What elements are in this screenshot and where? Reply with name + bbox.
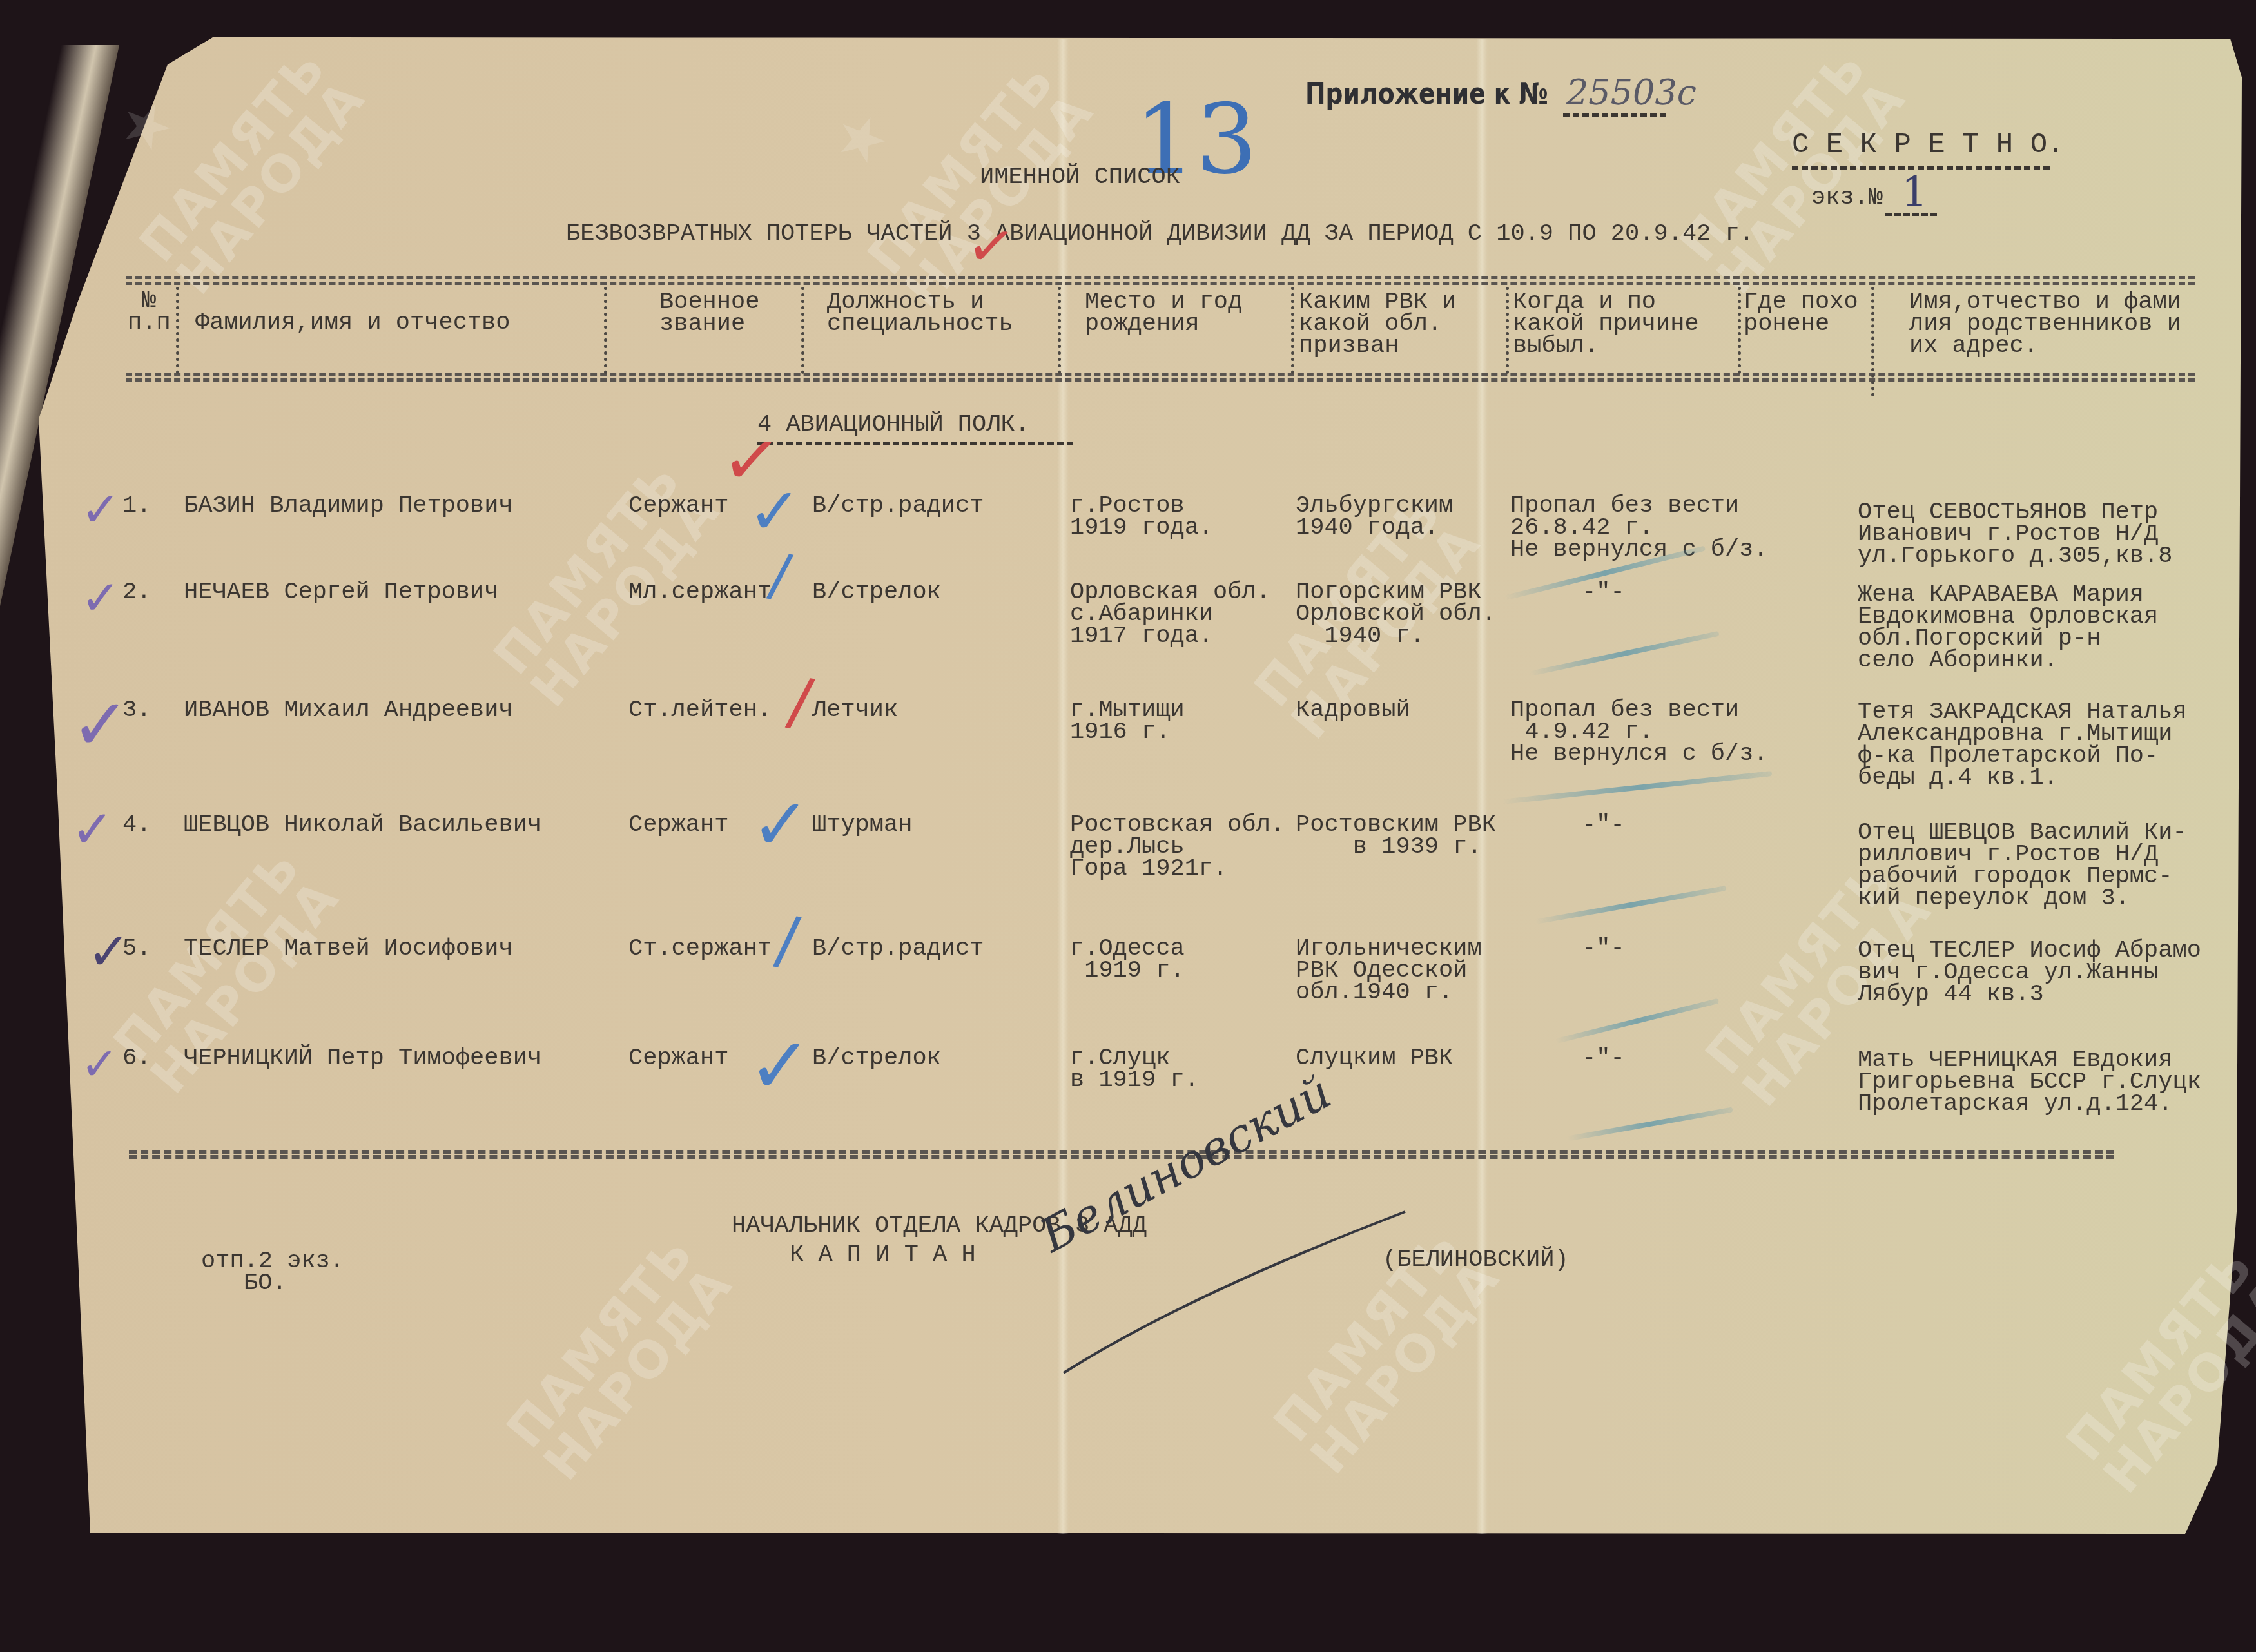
paper-fold-line [1476, 39, 1488, 1534]
military-rank: Сержант [628, 814, 728, 836]
draft-office: Игольническим РВК Одесской обл.1940 г. [1296, 938, 1482, 1004]
secrecy-stamp: С Е К Р Е Т Н О. [1792, 134, 2064, 156]
violet-check-mark-icon: ✓ [81, 1038, 119, 1091]
row-number: 3. [122, 699, 151, 721]
violet-check-mark-icon: ✓ [71, 683, 130, 766]
draft-office: Кадровый [1296, 699, 1410, 721]
loss-reason: Пропал без вести 26.8.42 г. Не вернулся … [1510, 495, 1768, 561]
relatives-address: Мать ЧЕРНИЦКАЯ Евдокия Григорьевна БССР … [1858, 1049, 2201, 1115]
column-separator [604, 287, 607, 374]
person-name: ШЕВЦОВ Николай Васильевич [184, 814, 541, 836]
header-position: Должность и специальность [827, 291, 1013, 335]
military-rank: Мл.сержант [628, 581, 772, 603]
copy-number-handwritten: 1 [1901, 169, 1928, 217]
row-number: 6. [122, 1047, 151, 1069]
relatives-address: Тетя ЗАКРАДСКАЯ Наталья Александровна г.… [1858, 701, 2187, 789]
military-rank: Сержант [628, 1047, 728, 1069]
signer-rank: К А П И Т А Н [790, 1244, 976, 1266]
header-burial: Где похо ронене [1744, 291, 1858, 335]
person-name: ЧЕРНИЦКИЙ Петр Тимофеевич [184, 1047, 541, 1069]
header-draft: Каким РВК и какой обл. призван [1299, 291, 1456, 357]
appendix-number-underline [1563, 113, 1666, 117]
red-check-mark-icon: ✓ [962, 209, 1020, 283]
military-rank: Сержант [628, 495, 728, 517]
military-rank: Ст.сержант [628, 938, 772, 960]
column-separator [1058, 287, 1061, 374]
birth-place-year: г.Мытищи 1916 г. [1070, 699, 1185, 743]
person-name: НЕЧАЕВ Сергей Петрович [184, 581, 498, 603]
column-separator [1506, 287, 1509, 374]
relatives-address: Отец ТЕСЛЕР Иосиф Абрамо вич г.Одесса ул… [1858, 940, 2201, 1006]
appendix-label: Приложение к № [1305, 83, 1548, 104]
copies-note: отп.2 экз. БО. [201, 1250, 344, 1294]
table-bottom-rule [129, 1150, 2114, 1159]
draft-office: Погорским РВК Орловской обл. 1940 г. [1296, 581, 1496, 647]
header-relatives: Имя,отчество и фами лия родственников и … [1909, 291, 2181, 357]
birth-place-year: г.Слуцк в 1919 г. [1070, 1047, 1199, 1091]
appendix-number-handwritten: 25503с [1566, 72, 1697, 113]
birth-place-year: Орловская обл. с.Абаринки 1917 года. [1070, 581, 1270, 647]
header-loss: Когда и по какой причине выбыл. [1513, 291, 1699, 357]
violet-check-mark-icon: ✓ [71, 799, 114, 859]
loss-reason: -"- [1510, 581, 1625, 603]
section-title-underline [757, 442, 1073, 445]
violet-check-mark-icon: ✓ [81, 570, 121, 626]
blue-check-mark-icon: ✓ [751, 783, 810, 866]
position: Штурман [812, 814, 912, 836]
column-separator [1738, 287, 1741, 374]
copy-number-underline [1885, 213, 1937, 216]
table-top-rule [126, 276, 2195, 285]
relatives-address: Жена КАРАВАЕВА Мария Евдокимовна Орловск… [1858, 584, 2158, 672]
person-name: ИВАНОВ Михаил Андреевич [184, 699, 513, 721]
loss-reason: -"- [1510, 938, 1625, 960]
military-rank: Ст.лейтен. [628, 699, 772, 721]
header-birth: Место и год рождения [1085, 291, 1242, 335]
relatives-address: Отец ШЕВЦОВ Василий Ки- риллович г.Росто… [1858, 822, 2187, 909]
blue-check-mark-icon: ✓ [748, 474, 802, 549]
row-number: 1. [122, 495, 151, 517]
relatives-address: Отец СЕВОСТЬЯНОВ Петр Иванович г.Ростов … [1858, 501, 2172, 567]
position: В/стр.радист [812, 495, 984, 517]
position: Летчик [812, 699, 898, 721]
header-name: Фамилия,имя и отчество [195, 312, 510, 334]
position: В/стр.радист [812, 938, 984, 960]
loss-reason: -"- [1510, 1047, 1625, 1069]
document-subtitle: БЕЗВОЗВРАТНЫХ ПОТЕРЬ ЧАСТЕЙ 3 АВИАЦИОННО… [566, 223, 1754, 245]
column-separator [1291, 287, 1294, 374]
birth-place-year: г.Одесса 1919 г. [1070, 938, 1185, 982]
signature-flourish [1057, 1199, 1418, 1379]
loss-reason: Пропал без вести 4.9.42 г. Не вернулся с… [1510, 699, 1768, 765]
row-number: 5. [122, 938, 151, 960]
loss-reason: -"- [1510, 814, 1625, 836]
copy-label: экз.№ [1811, 187, 1883, 209]
birth-place-year: г.Ростов 1919 года. [1070, 495, 1213, 539]
violet-check-mark-icon: ✓ [81, 482, 121, 538]
blue-check-mark-icon: ✓ [748, 1022, 813, 1111]
person-name: ТЕСЛЕР Матвей Иосифович [184, 938, 513, 960]
column-separator [176, 287, 179, 374]
draft-office: Ростовским РВК в 1939 г. [1296, 814, 1496, 858]
header-num: № п.п [142, 290, 171, 334]
draft-office: Слуцким РВК [1296, 1047, 1453, 1069]
section-title: 4 АВИАЦИОННЫЙ ПОЛК. [757, 414, 1029, 436]
birth-place-year: Ростовская обл. дер.Лысь Гора 1921г. [1070, 814, 1285, 880]
person-name: БАЗИН Владимир Петрович [184, 495, 513, 517]
row-number: 2. [122, 581, 151, 603]
table-header-bottom-rule [126, 373, 2195, 382]
header-rank: Военное звание [659, 291, 759, 335]
column-separator [801, 287, 804, 374]
position: В/стрелок [812, 1047, 941, 1069]
draft-office: Эльбургским 1940 года. [1296, 495, 1453, 539]
column-separator [1871, 287, 1874, 396]
document-title: ИМЕННОЙ СПИСОК [980, 166, 1180, 188]
row-number: 4. [122, 814, 151, 836]
position: В/стрелок [812, 581, 941, 603]
